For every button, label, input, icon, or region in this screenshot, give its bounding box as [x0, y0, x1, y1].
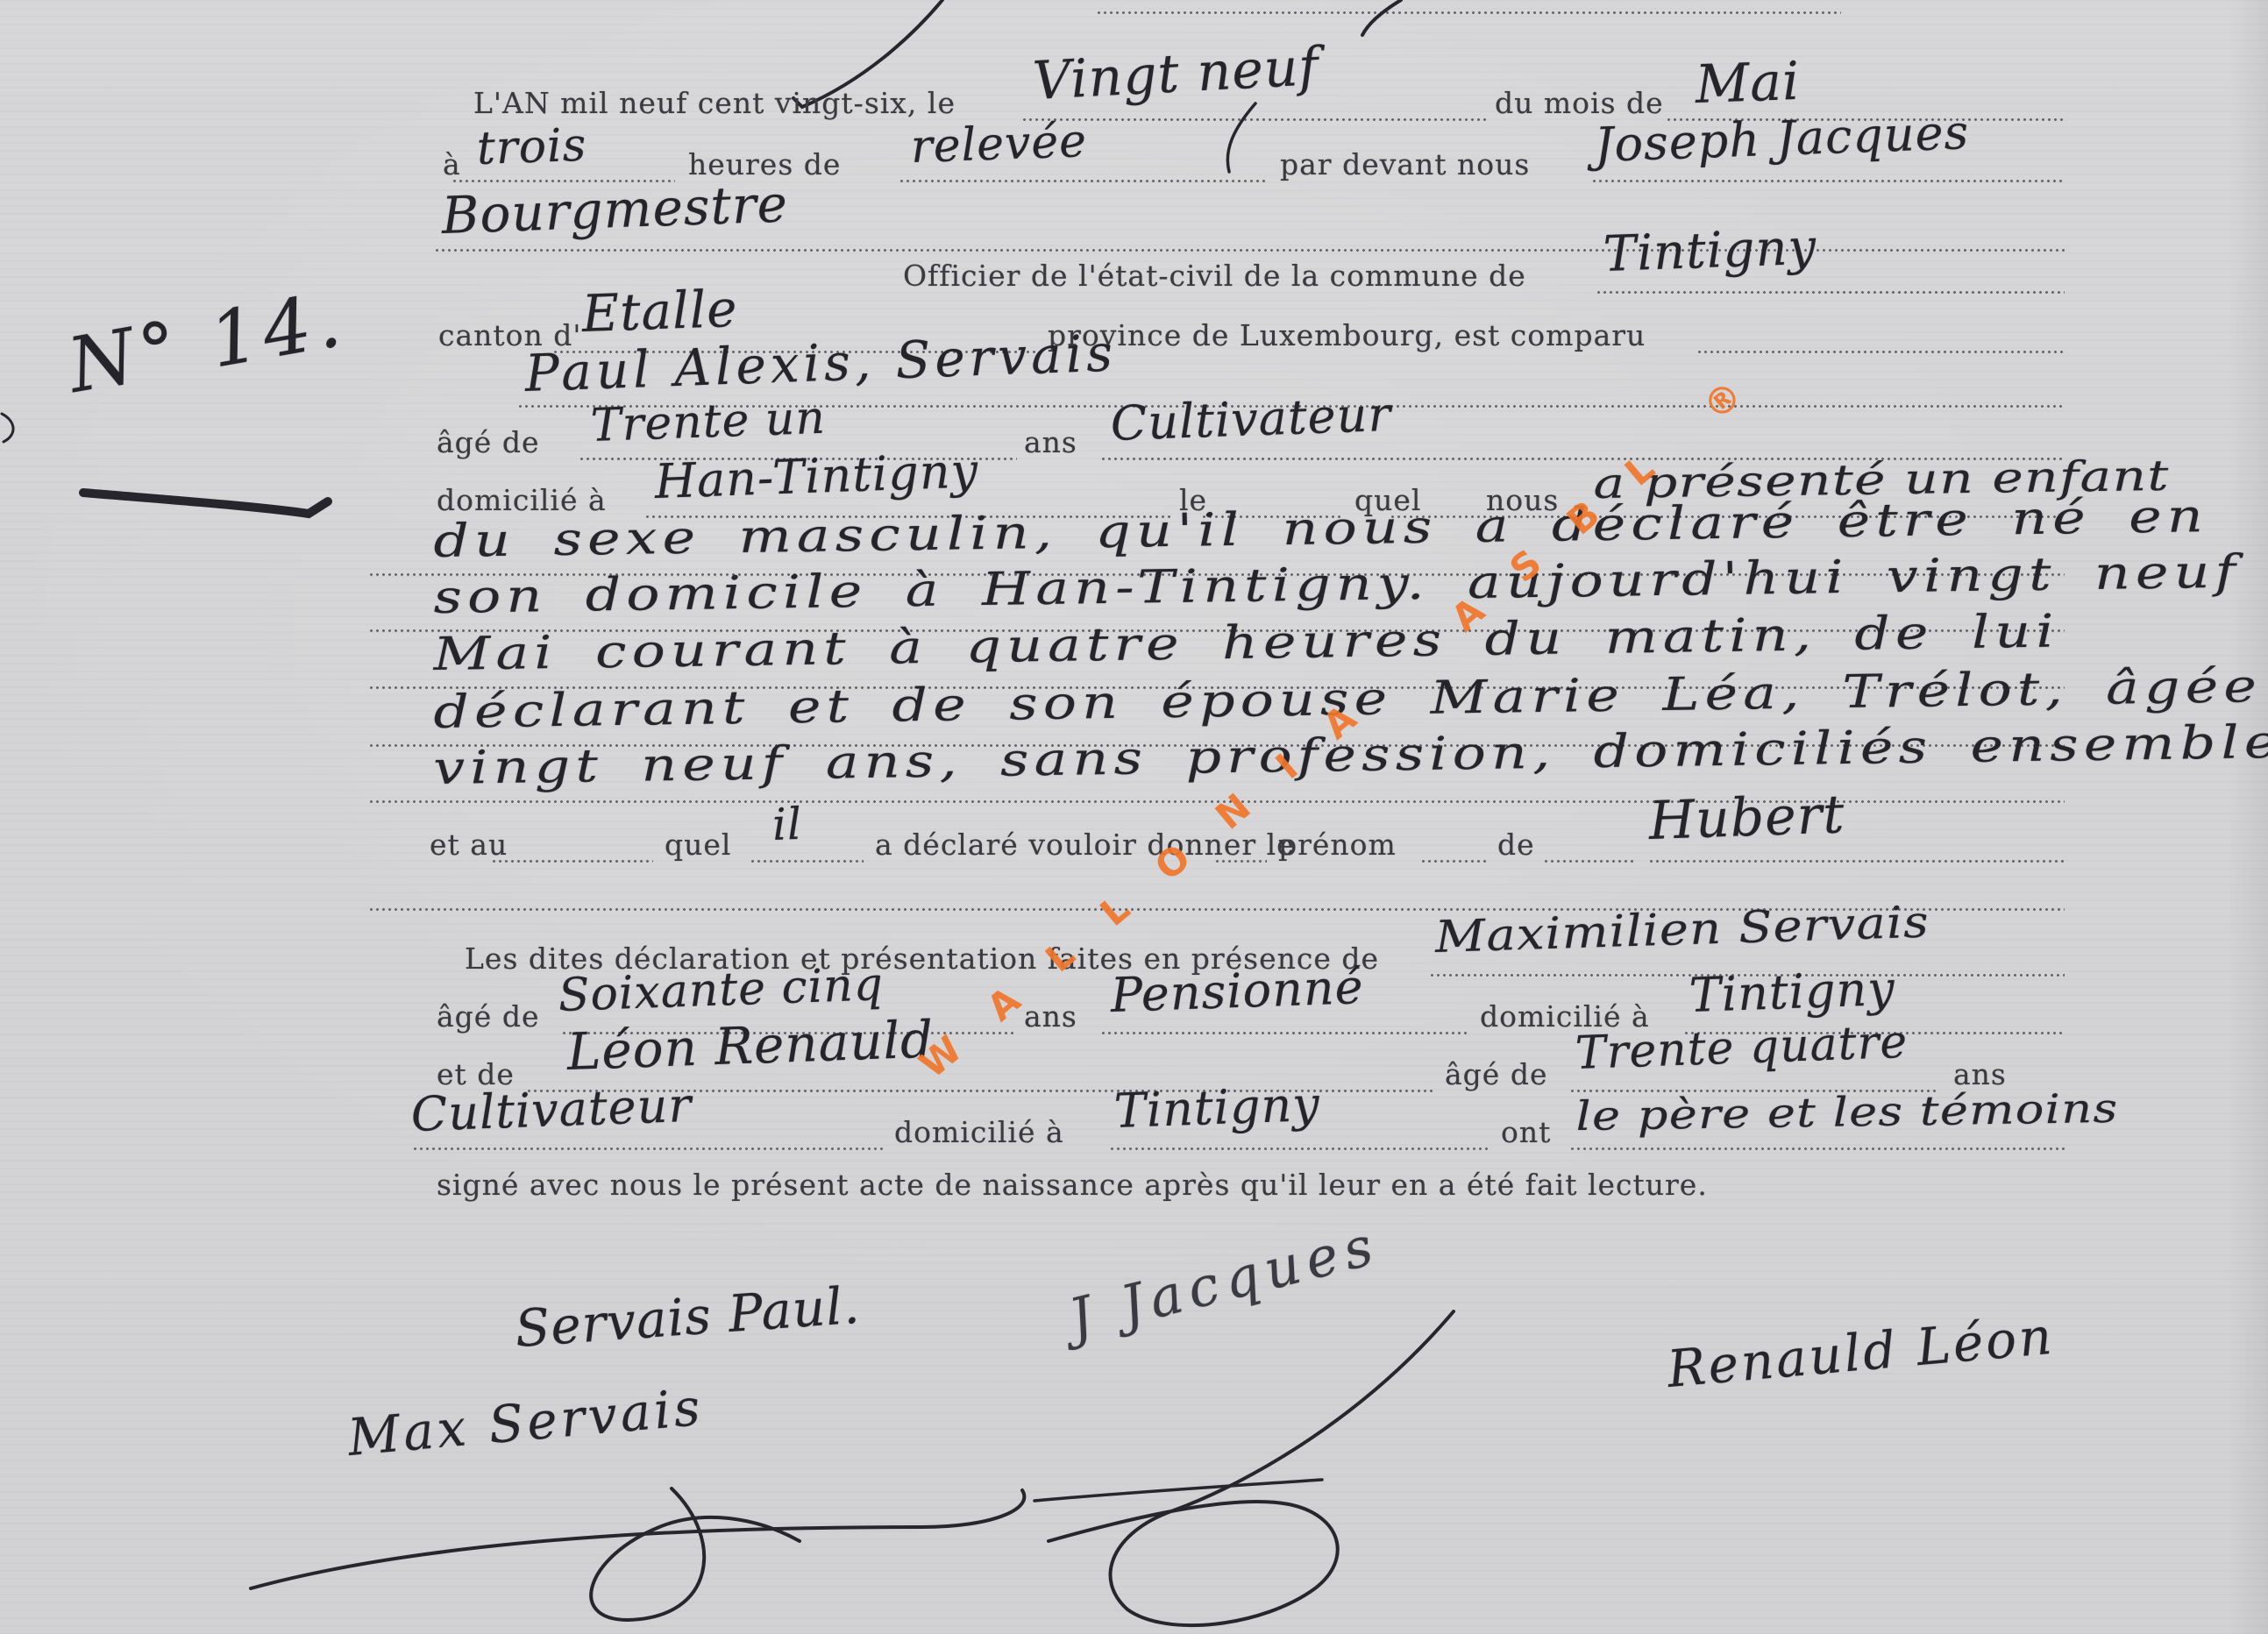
hw-relevee: relevée	[910, 115, 1088, 174]
printed-de: de	[1497, 828, 1535, 862]
hw-officer-name: Joseph Jacques	[1594, 104, 1970, 173]
paper-edge-shadow	[2228, 0, 2268, 1634]
officer-signature-flourish	[1034, 1480, 1322, 1501]
releve-tail-stroke	[1227, 103, 1255, 172]
dotted-line	[434, 248, 2065, 252]
dotted-line	[412, 1147, 885, 1151]
left-margin-mark	[2, 414, 13, 442]
printed-age-de: âgé de	[437, 999, 539, 1034]
dotted-line	[1543, 859, 1635, 863]
dotted-line	[1109, 1147, 1490, 1151]
scanned-birth-record: N° 14. L'AN mil neuf cent vingt-six, le …	[0, 0, 2268, 1634]
dotted-line	[1591, 179, 2065, 183]
hw-domicile: Han-Tintigny	[654, 443, 979, 509]
hw-month: Mai	[1695, 51, 1802, 116]
hw-witness2-name: Léon Renauld	[566, 1009, 935, 1082]
printed-age-de: âgé de	[1445, 1057, 1547, 1091]
dotted-line	[1021, 117, 1486, 122]
printed-et-au: et au	[430, 828, 508, 862]
top-cut-flourish	[1362, 0, 1401, 35]
hw-witness1-name: Maximilien Servais	[1434, 896, 1930, 963]
hw-witness2-domicile: Tintigny	[1113, 1076, 1321, 1139]
hw-profession: Cultivateur	[1110, 387, 1392, 451]
signature-witness-renauld: Renauld Léon	[1665, 1306, 2057, 1399]
record-number: N° 14.	[62, 275, 352, 410]
hw-witness2-age: Trente quatre	[1575, 1016, 1909, 1080]
dotted-line	[1596, 290, 2065, 295]
dotted-line	[750, 859, 864, 863]
hw-il: il	[771, 799, 803, 850]
hw-witness1-profession: Pensionné	[1110, 959, 1365, 1023]
dotted-line	[1648, 859, 2065, 863]
signature-witness-max: Max Servais	[345, 1377, 706, 1467]
max-servais-flourish	[591, 1488, 800, 1620]
hw-child-firstname: Hubert	[1648, 784, 1846, 852]
dotted-line	[1569, 1147, 2065, 1151]
printed-a: à	[443, 147, 461, 181]
hw-commune: Tintigny	[1603, 219, 1817, 283]
printed-domicilie-a: domicilié à	[437, 483, 607, 517]
printed-du-mois-de: du mois de	[1495, 86, 1664, 120]
dotted-line	[1096, 11, 1841, 15]
dotted-line	[1420, 859, 1486, 863]
printed-prenom: prénom	[1278, 828, 1397, 862]
ink-flourish-layer	[0, 0, 2268, 1634]
printed-province: province de Luxembourg, est comparu	[1048, 318, 1646, 352]
printed-closing-line: signé avec nous le présent acte de naiss…	[437, 1168, 1708, 1202]
printed-year-line: L'AN mil neuf cent vingt-six, le	[473, 86, 956, 120]
dotted-line	[1100, 1031, 1468, 1035]
printed-domicilie-a: domicilié à	[894, 1115, 1064, 1149]
signature-father: Servais Paul.	[513, 1275, 862, 1359]
dotted-line	[899, 179, 1267, 183]
max-servais-flourish	[251, 1490, 1024, 1588]
hw-hour: trois	[476, 119, 587, 175]
dotted-line	[1696, 350, 2065, 354]
hw-witness2-profession: Cultivateur	[410, 1077, 693, 1142]
hw-witness1-domicile: Tintigny	[1689, 961, 1896, 1023]
printed-age-de: âgé de	[437, 425, 539, 459]
signature-officer: J Jacques	[1063, 1212, 1385, 1351]
printed-ans: ans	[1024, 425, 1077, 459]
hw-officer-title: Bourgmestre	[441, 174, 789, 245]
dotted-line	[491, 859, 653, 863]
hw-declarant-age: Trente un	[590, 392, 827, 452]
printed-ont: ont	[1501, 1115, 1551, 1149]
hw-pere-et-temoins: le père et les témoins	[1575, 1084, 2119, 1140]
record-number-underline	[83, 493, 328, 514]
hw-canton: Etalle	[581, 279, 739, 344]
printed-quel: quel	[665, 828, 731, 862]
officer-signature-flourish	[1049, 1311, 1454, 1625]
printed-par-devant: par devant nous	[1280, 147, 1530, 181]
hw-day: Vingt neuf	[1031, 36, 1320, 112]
printed-officier-etat-civil: Officier de l'état-civil de la commune d…	[903, 259, 1526, 293]
